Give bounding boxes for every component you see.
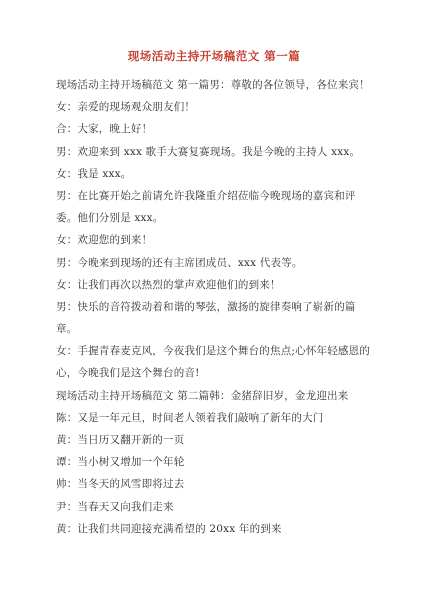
text-line: 黄：让我们共同迎接充满希望的 20xx 年的到来 bbox=[56, 518, 372, 540]
text-line: 男：快乐的音符拨动着和谐的琴弦，激扬的旋律奏响了崭新的篇 bbox=[56, 296, 372, 318]
text-line: 女：欢迎您的到来！ bbox=[56, 229, 372, 251]
text-line: 委。他们分别是 xxx。 bbox=[56, 207, 372, 229]
text-line: 尹：当春天又向我们走来 bbox=[56, 496, 372, 518]
text-line: 陈：又是一年元旦，时间老人领着我们敲响了新年的大门 bbox=[56, 407, 372, 429]
text-line: 女：亲爱的现场观众朋友们！ bbox=[56, 96, 372, 118]
text-line: 现场活动主持开场稿范文 第二篇韩：金猪辞旧岁，金龙迎出来 bbox=[56, 385, 372, 407]
document-page: 现场活动主持开场稿范文 第一篇 现场活动主持开场稿范文 第一篇男：尊敬的各位领导… bbox=[0, 0, 424, 600]
text-line: 女：让我们再次以热烈的掌声欢迎他们的到来！ bbox=[56, 274, 372, 296]
text-line: 黄：当日历又翻开新的一页 bbox=[56, 429, 372, 451]
text-line: 女：我是 xxx。 bbox=[56, 163, 372, 185]
document-body: 现场活动主持开场稿范文 第一篇男：尊敬的各位领导，各位来宾！ 女：亲爱的现场观众… bbox=[56, 74, 372, 540]
text-line: 合：大家，晚上好！ bbox=[56, 118, 372, 140]
text-line: 章。 bbox=[56, 318, 372, 340]
document-title: 现场活动主持开场稿范文 第一篇 bbox=[56, 45, 372, 67]
text-line: 女：手握青春麦克风，今夜我们是这个舞台的焦点;心怀年轻感恩的 bbox=[56, 340, 372, 362]
text-line: 帅：当冬天的风雪即将过去 bbox=[56, 473, 372, 495]
text-line: 心，今晚我们是这个舞台的音! bbox=[56, 362, 372, 384]
text-line: 现场活动主持开场稿范文 第一篇男：尊敬的各位领导，各位来宾！ bbox=[56, 74, 372, 96]
text-line: 男：在比赛开始之前请允许我隆重介绍莅临今晚现场的嘉宾和评 bbox=[56, 185, 372, 207]
text-line: 谭：当小树又增加一个年轮 bbox=[56, 451, 372, 473]
text-line: 男：欢迎来到 xxx 歌手大赛复赛现场。我是今晚的主持人 xxx。 bbox=[56, 141, 372, 163]
text-line: 男：今晚来到现场的还有主席团成员、xxx 代表等。 bbox=[56, 252, 372, 274]
